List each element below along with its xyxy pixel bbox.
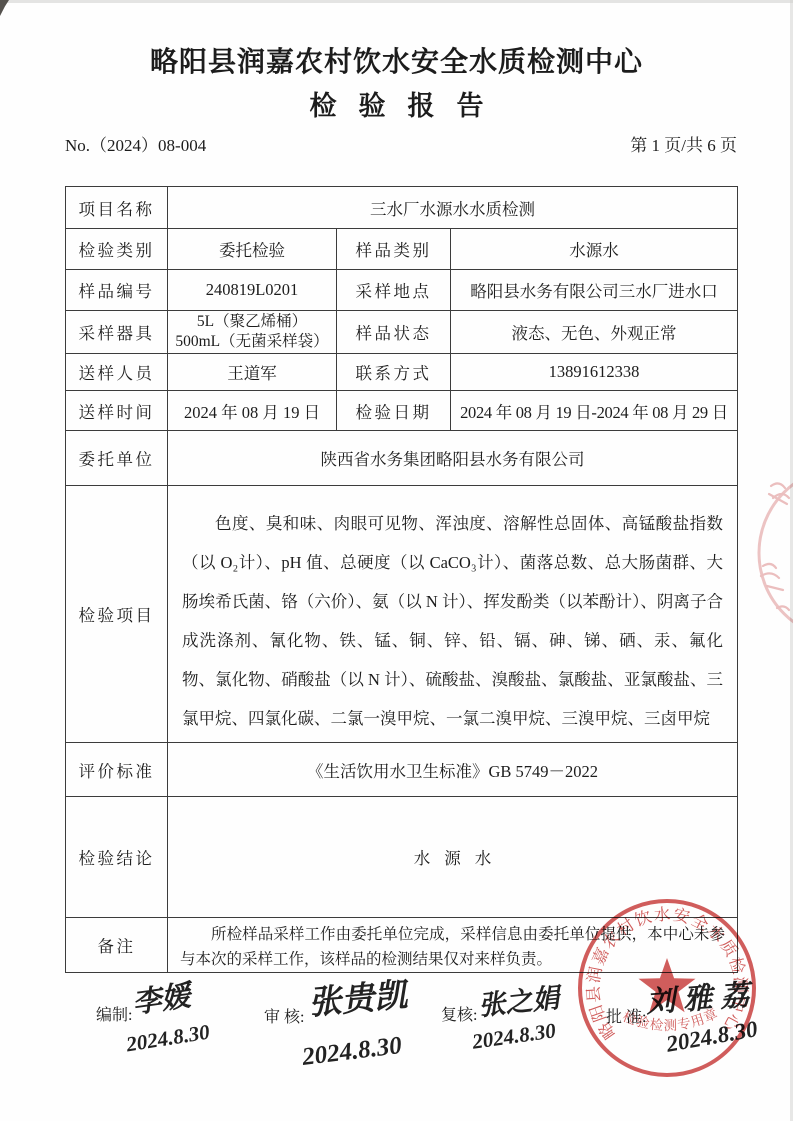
reviewed-date: 2024.8.30: [301, 1032, 404, 1072]
page-indicator: 第 1 页/共 6 页: [630, 131, 737, 156]
inspection-items-paragraph: 色度、臭和味、肉眼可见物、浑浊度、溶解性总固体、高锰酸盐指数（以 O₂计）、pH…: [168, 490, 737, 738]
checked-by-signature: 张之娟: [476, 976, 561, 1023]
checked-by-label: 复核:: [441, 1002, 477, 1025]
field-value-inspection-date: 2024 年 08 月 19 日-2024 年 08 月 29 日: [451, 391, 738, 431]
report-title: 检验报告: [0, 84, 793, 123]
checked-date: 2024.8.30: [471, 1018, 558, 1054]
field-label-conclusion: 检验结论: [66, 797, 168, 918]
container-line-1: 5L（聚乙烯桶）: [172, 312, 332, 332]
reviewed-by-signature: 张贵凯: [306, 969, 409, 1024]
field-label-sample-type: 样品类别: [337, 229, 451, 270]
prepared-by-label: 编制:: [96, 1002, 132, 1025]
faint-edge-seal: [733, 448, 793, 663]
field-value-inspection-items: 色度、臭和味、肉眼可见物、浑浊度、溶解性总固体、高锰酸盐指数（以 O₂计）、pH…: [168, 486, 738, 743]
field-label-sample-sender: 送样人员: [66, 354, 168, 391]
org-title: 略阳县润嘉农村饮水安全水质检测中心: [0, 40, 793, 80]
scan-edge-top: [0, 0, 793, 3]
field-label-client: 委托单位: [66, 431, 168, 486]
report-page: 略阳县润嘉农村饮水安全水质检测中心 检验报告 No.（2024）08-004 第…: [0, 0, 793, 1121]
field-value-sample-no: 240819L0201: [168, 270, 337, 311]
field-label-sample-status: 样品状态: [337, 311, 451, 354]
seal-star-icon: [639, 958, 696, 1012]
field-label-inspection-date: 检验日期: [337, 391, 451, 431]
field-value-contact: 13891612338: [451, 354, 738, 391]
field-value-inspection-type: 委托检验: [168, 229, 337, 270]
field-label-sampling-location: 采样地点: [337, 270, 451, 311]
field-value-sample-status: 液态、无色、外观正常: [451, 311, 738, 354]
field-label-inspection-type: 检验类别: [66, 229, 168, 270]
field-label-project-name: 项目名称: [66, 187, 168, 229]
container-line-2: 500mL（无菌采样袋）: [172, 332, 332, 352]
field-value-client: 陕西省水务集团略阳县水务有限公司: [168, 431, 738, 486]
field-label-contact: 联系方式: [337, 354, 451, 391]
seal-caption-text: 检验检测专用章: [621, 1005, 721, 1034]
field-value-delivery-date: 2024 年 08 月 19 日: [168, 391, 337, 431]
field-label-inspection-items: 检验项目: [66, 486, 168, 743]
field-label-remark: 备注: [66, 918, 168, 973]
report-number: No.（2024）08-004: [65, 131, 206, 156]
reviewed-by-label: 审 核:: [264, 1004, 304, 1027]
field-value-standard: 《生活饮用水卫生标准》GB 5749－2022: [168, 743, 738, 797]
prepared-by-signature: 李媛: [129, 973, 192, 1022]
field-value-sampling-location: 略阳县水务有限公司三水厂进水口: [451, 270, 738, 311]
report-info-table: 项目名称 三水厂水源水水质检测 检验类别 委托检验 样品类别 水源水 样品编号 …: [65, 186, 738, 973]
field-label-standard: 评价标准: [66, 743, 168, 797]
field-label-sampling-container: 采样器具: [66, 311, 168, 354]
field-label-sample-no: 样品编号: [66, 270, 168, 311]
official-seal: 略阳县润嘉农村饮水安全水质检测中心 检验检测专用章: [572, 893, 762, 1083]
field-label-delivery-date: 送样时间: [66, 391, 168, 431]
field-value-sampling-container: 5L（聚乙烯桶） 500mL（无菌采样袋）: [168, 311, 337, 354]
field-value-sample-type: 水源水: [451, 229, 738, 270]
prepared-date: 2024.8.30: [125, 1020, 212, 1058]
field-value-sample-sender: 王道军: [168, 354, 337, 391]
meta-row: No.（2024）08-004 第 1 页/共 6 页: [65, 131, 737, 156]
field-value-project-name: 三水厂水源水水质检测: [168, 187, 738, 229]
